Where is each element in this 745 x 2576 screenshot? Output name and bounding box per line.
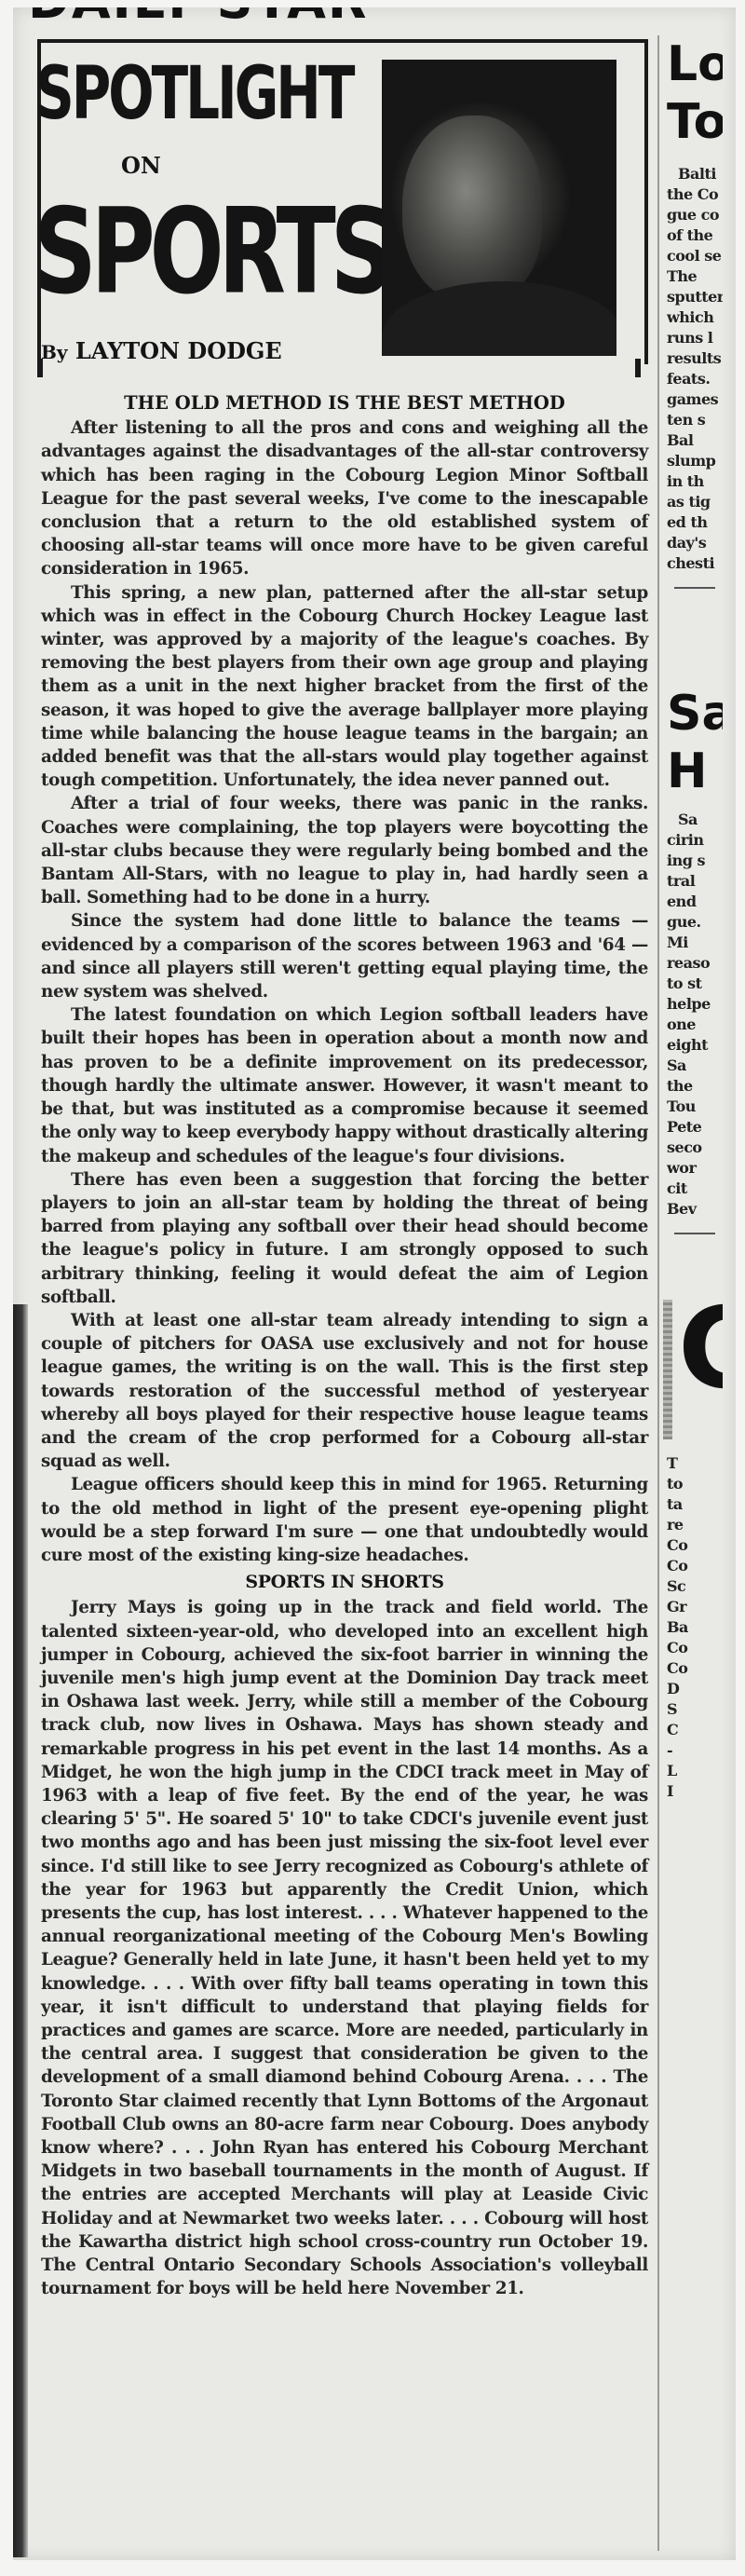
shorts-paragraph: Jerry Mays is going up in the track and … — [41, 1596, 648, 2300]
adjacent-text-line: ta — [667, 1494, 723, 1515]
adjacent-text-line: Sa — [667, 1056, 723, 1076]
adjacent-text-line: gue. — [667, 912, 723, 933]
adjacent-text-line: helpe — [667, 994, 723, 1015]
column-title-sports: SPORTS — [34, 194, 387, 312]
adjacent-text-line: Sa — [667, 810, 723, 830]
column-divider — [657, 35, 659, 2551]
adjacent-text-line: cit — [667, 1179, 723, 1199]
adjacent-top-headline: LoTo — [667, 35, 723, 151]
adjacent-column-graphic: C — [663, 1300, 723, 1439]
adjacent-text-line: Co — [667, 1535, 723, 1556]
adjacent-text-line: slump — [667, 451, 723, 471]
adjacent-text-line: wor — [667, 1158, 723, 1179]
adjacent-text-line: ing s — [667, 851, 723, 871]
photo-shoulder — [382, 281, 616, 356]
article-paragraph: After a trial of four weeks, there was p… — [41, 792, 648, 909]
adjacent-text-line: Tou — [667, 1097, 723, 1117]
column-title-on: ON — [121, 152, 161, 179]
adjacent-middle-rule — [674, 1233, 715, 1234]
adjacent-text-line: - — [667, 1740, 723, 1761]
article-paragraph: Since the system had done little to bala… — [41, 909, 648, 1003]
adjacent-column-top: LoTo Baltithe Cogue coof thecool seThesp… — [667, 35, 723, 632]
adjacent-text-line: gue co — [667, 205, 723, 225]
adjacent-text-line: cool se — [667, 246, 723, 266]
adjacent-text-line: the — [667, 1076, 723, 1097]
adjacent-text-line: ed th — [667, 512, 723, 533]
adjacent-top-text: Baltithe Cogue coof thecool seThesputter… — [667, 164, 723, 574]
adjacent-text-line: which — [667, 307, 723, 328]
byline: By LAYTON DODGE — [41, 337, 282, 364]
adjacent-headline-line: Sa — [667, 685, 723, 743]
article-paragraph: After listening to all the pros and cons… — [41, 416, 648, 580]
adjacent-text-line: S — [667, 1699, 723, 1720]
halftone-bar — [663, 1300, 672, 1439]
byline-author: LAYTON DODGE — [75, 337, 282, 364]
adjacent-text-line: L — [667, 1761, 723, 1781]
article-headline: THE OLD METHOD IS THE BEST METHOD — [41, 391, 648, 415]
adjacent-text-line: Balti — [667, 164, 723, 184]
adjacent-text-line: seco — [667, 1138, 723, 1158]
adjacent-text-line: sputter — [667, 287, 723, 307]
article-paragraph: There has even been a suggestion that fo… — [41, 1168, 648, 1309]
adjacent-text-line: end — [667, 892, 723, 912]
article-subhead: SPORTS IN SHORTS — [41, 1571, 648, 1594]
adjacent-top-rule — [674, 587, 715, 589]
adjacent-column-middle: SaH Sacirining stralendgue.Mireasoto sth… — [667, 685, 723, 1281]
adjacent-text-line: Bev — [667, 1199, 723, 1220]
adjacent-headline-line: H — [667, 743, 723, 800]
adjacent-text-line: C — [667, 1720, 723, 1740]
shorts-paragraphs: Jerry Mays is going up in the track and … — [41, 1596, 648, 2300]
adjacent-text-line: as tig — [667, 492, 723, 512]
columnist-photo — [382, 60, 616, 356]
masthead-text: DAILY STAR — [28, 7, 369, 15]
adjacent-text-line: Mi — [667, 933, 723, 953]
adjacent-text-line: T — [667, 1453, 723, 1474]
adjacent-text-line: ten s — [667, 410, 723, 430]
article-body: THE OLD METHOD IS THE BEST METHOD After … — [41, 391, 648, 2300]
masthead-fragment: DAILY STAR — [28, 7, 643, 32]
adjacent-text-line: re — [667, 1515, 723, 1535]
adjacent-text-line: Pete — [667, 1117, 723, 1138]
adjacent-lower-text: TtotareCoCoScGrBaCoCoDSC-LI — [667, 1453, 723, 1802]
adjacent-middle-text: Sacirining stralendgue.Mireasoto sthelpe… — [667, 810, 723, 1220]
article-paragraph: The latest foundation on which Legion so… — [41, 1003, 648, 1167]
byline-prefix: By — [41, 341, 68, 363]
adjacent-text-line: Gr — [667, 1597, 723, 1617]
adjacent-text-line: cirin — [667, 830, 723, 851]
article-paragraph: League officers should keep this in mind… — [41, 1473, 648, 1567]
header-box-rule-right — [635, 359, 641, 377]
column-title-spotlight: SPOTLIGHT — [35, 50, 352, 136]
adjacent-text-line: Ba — [667, 1617, 723, 1638]
adjacent-text-line: runs l — [667, 328, 723, 348]
adjacent-text-line: The — [667, 266, 723, 287]
adjacent-column-lower: TtotareCoCoScGrBaCoCoDSC-LI — [667, 1453, 723, 2199]
adjacent-text-line: one — [667, 1015, 723, 1035]
adjacent-text-line: tral — [667, 871, 723, 892]
adjacent-text-line: I — [667, 1781, 723, 1802]
adjacent-headline-line: To — [667, 93, 723, 151]
large-initial-letter: C — [678, 1300, 723, 1406]
photo-face — [402, 116, 542, 302]
article-paragraph: With at least one all-star team already … — [41, 1309, 648, 1473]
adjacent-text-line: Bal — [667, 430, 723, 451]
adjacent-text-line: to — [667, 1474, 723, 1494]
adjacent-text-line: feats. — [667, 369, 723, 389]
adjacent-text-line: Co — [667, 1556, 723, 1576]
article-paragraph: This spring, a new plan, patterned after… — [41, 581, 648, 793]
adjacent-text-line: eight — [667, 1035, 723, 1056]
adjacent-text-line: to st — [667, 974, 723, 994]
adjacent-text-line: D — [667, 1679, 723, 1699]
adjacent-text-line: the Co — [667, 184, 723, 205]
adjacent-text-line: day's — [667, 533, 723, 553]
adjacent-text-line: of the — [667, 225, 723, 246]
adjacent-text-line: games — [667, 389, 723, 410]
adjacent-text-line: Sc — [667, 1576, 723, 1597]
adjacent-text-line: chesti — [667, 553, 723, 574]
article-paragraphs: After listening to all the pros and cons… — [41, 416, 648, 1567]
adjacent-headline-line: Lo — [667, 35, 723, 93]
adjacent-text-line: reaso — [667, 953, 723, 974]
adjacent-text-line: results — [667, 348, 723, 369]
adjacent-text-line: in th — [667, 471, 723, 492]
adjacent-text-line: Co — [667, 1638, 723, 1658]
scan-edge-shadow — [13, 1304, 28, 2557]
adjacent-middle-headline: SaH — [667, 685, 723, 800]
adjacent-text-line: Co — [667, 1658, 723, 1679]
